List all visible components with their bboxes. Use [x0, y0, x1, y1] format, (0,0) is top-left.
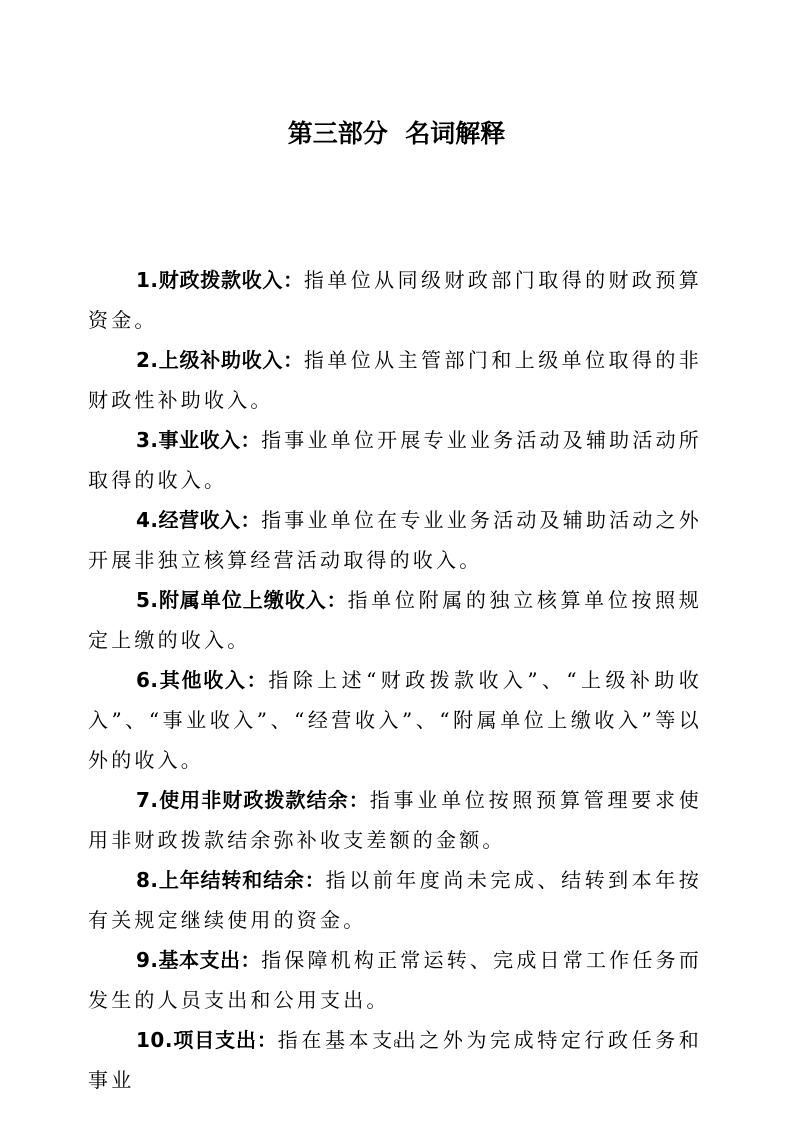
glossary-term: 8.上年结转和结余：: [136, 868, 326, 892]
glossary-entry: 7.使用非财政拨款结余：指事业单位按照预算管理要求使用非财政拨款结余弥补收支差额…: [88, 780, 702, 860]
glossary-entry: 3.事业收入：指事业单位开展专业业务活动及辅助活动所取得的收入。: [88, 420, 702, 500]
glossary-term: 5.附属单位上缴收入：: [136, 588, 348, 612]
glossary-entry: 1.财政拨款收入：指单位从同级财政部门取得的财政预算资金。: [88, 260, 702, 340]
glossary-entry: 10.项目支出：指在基本支出之外为完成特定行政任务和事业: [88, 1020, 702, 1100]
glossary-term: 2.上级补助收入：: [136, 348, 304, 372]
glossary-term: 6.其他收入：: [136, 668, 268, 692]
document-page: 第三部分 名词解释 1.财政拨款收入：指单位从同级财政部门取得的财政预算资金。 …: [0, 0, 793, 1122]
glossary-list: 1.财政拨款收入：指单位从同级财政部门取得的财政预算资金。 2.上级补助收入：指…: [88, 260, 702, 1100]
glossary-term: 3.事业收入：: [136, 428, 261, 452]
glossary-term: 1.财政拨款收入：: [136, 268, 304, 292]
page-number: 8: [0, 1036, 793, 1051]
glossary-entry: 4.经营收入：指事业单位在专业业务活动及辅助活动之外开展非独立核算经营活动取得的…: [88, 500, 702, 580]
page-title: 第三部分 名词解释: [0, 116, 793, 152]
glossary-term: 4.经营收入：: [136, 508, 261, 532]
glossary-term: 7.使用非财政拨款结余：: [136, 788, 370, 812]
glossary-entry: 2.上级补助收入：指单位从主管部门和上级单位取得的非财政性补助收入。: [88, 340, 702, 420]
glossary-term: 9.基本支出：: [136, 948, 261, 972]
glossary-entry: 6.其他收入：指除上述“财政拨款收入”、“上级补助收入”、“事业收入”、“经营收…: [88, 660, 702, 780]
glossary-entry: 5.附属单位上缴收入：指单位附属的独立核算单位按照规定上缴的收入。: [88, 580, 702, 660]
glossary-entry: 9.基本支出：指保障机构正常运转、完成日常工作任务而发生的人员支出和公用支出。: [88, 940, 702, 1020]
glossary-entry: 8.上年结转和结余：指以前年度尚未完成、结转到本年按有关规定继续使用的资金。: [88, 860, 702, 940]
